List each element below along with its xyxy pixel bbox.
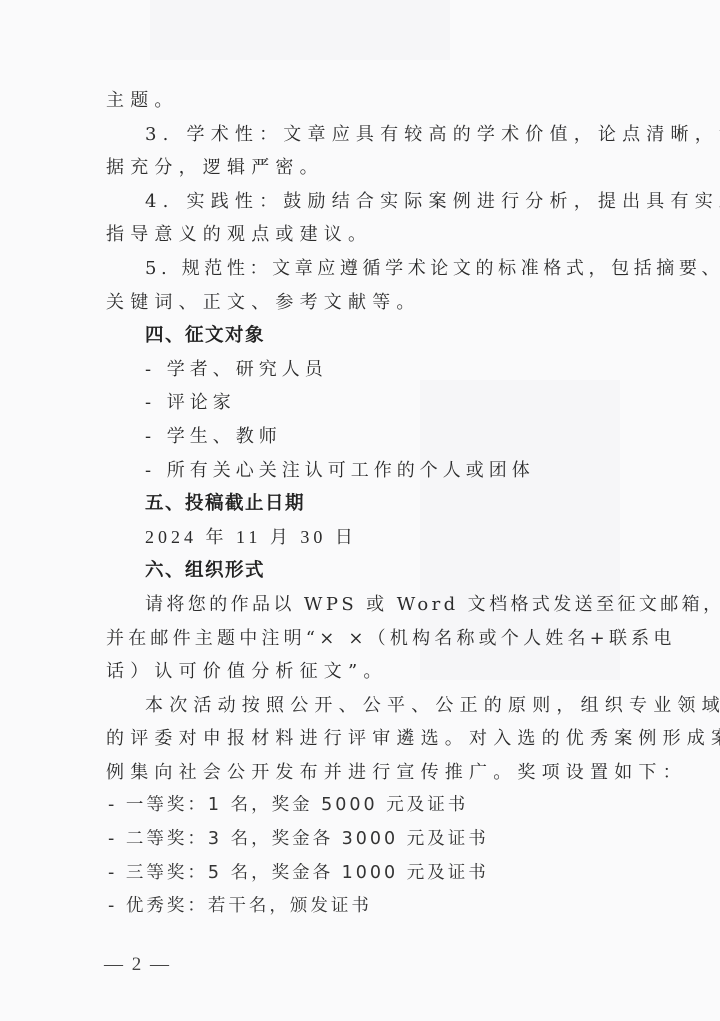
- audience-item: - 评论家: [106, 386, 622, 420]
- submission-paragraph-line: 并在邮件主题中注明“× ×（机构名称或个人姓名+联系电: [106, 622, 622, 656]
- submission-paragraph-line: 话）认可价值分析征文”。: [106, 655, 622, 689]
- document-page: 主题。 3. 学术性：文章应具有较高的学术价值，论点清晰，论 据充分，逻辑严密。…: [106, 84, 622, 924]
- continuation-text: 主题。: [106, 84, 622, 118]
- evaluation-paragraph-line: 例集向社会公开发布并进行宣传推广。奖项设置如下：: [106, 756, 622, 790]
- award-item: - 一等奖：1 名，奖金 5000 元及证书: [106, 789, 622, 823]
- audience-item: - 学生、教师: [106, 420, 622, 454]
- submission-paragraph-line: 请将您的作品以 WPS 或 Word 文档格式发送至征文邮箱，: [106, 588, 622, 622]
- award-item: - 二等奖：3 名，奖金各 3000 元及证书: [106, 823, 622, 857]
- deadline-date: 2024 年 11 月 30 日: [106, 521, 622, 555]
- section-4-heading: 四、征文对象: [106, 319, 622, 353]
- award-item: - 优秀奖：若干名，颁发证书: [106, 890, 622, 924]
- criterion-4-line-1: 4. 实践性：鼓励结合实际案例进行分析，提出具有实践: [106, 185, 622, 219]
- award-item: - 三等奖：5 名，奖金各 1000 元及证书: [106, 857, 622, 891]
- section-5-heading: 五、投稿截止日期: [106, 487, 622, 521]
- bleed-through-artifact: [150, 0, 450, 60]
- criterion-5-line-2: 关键词、正文、参考文献等。: [106, 286, 622, 320]
- evaluation-paragraph-line: 本次活动按照公开、公平、公正的原则，组织专业领域: [106, 689, 622, 723]
- criterion-4-line-2: 指导意义的观点或建议。: [106, 218, 622, 252]
- criterion-5-line-1: 5. 规范性：文章应遵循学术论文的标准格式，包括摘要、: [106, 252, 622, 286]
- section-6-heading: 六、组织形式: [106, 554, 622, 588]
- page-number: — 2 —: [104, 954, 171, 976]
- criterion-3-line-1: 3. 学术性：文章应具有较高的学术价值，论点清晰，论: [106, 118, 622, 152]
- audience-item: - 学者、研究人员: [106, 353, 622, 387]
- criterion-3-line-2: 据充分，逻辑严密。: [106, 151, 622, 185]
- evaluation-paragraph-line: 的评委对申报材料进行评审遴选。对入选的优秀案例形成案: [106, 722, 622, 756]
- audience-item: - 所有关心关注认可工作的个人或团体: [106, 454, 622, 488]
